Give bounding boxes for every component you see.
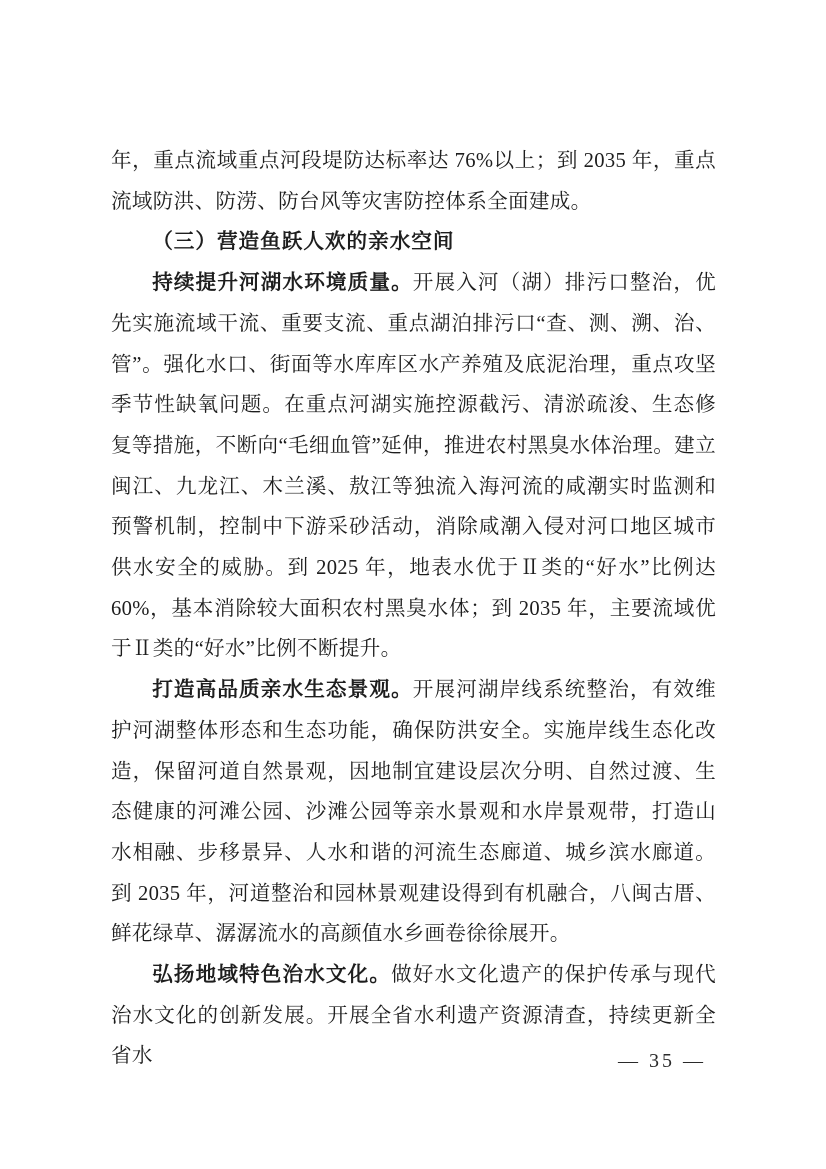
paragraph-lead-bold: 持续提升河湖水环境质量。 <box>152 272 413 294</box>
page-number: — 35 — <box>618 1046 706 1076</box>
paragraph-lead-bold: 弘扬地域特色治水文化。 <box>152 964 391 986</box>
paragraph-text: 年，重点流域重点河段堤防达标率达 76%以上；到 2035 年，重点流域防洪、防… <box>111 150 716 213</box>
paragraph-water-environment: 持续提升河湖水环境质量。开展入河（湖）排污口整治，优先实施流域干流、重要支流、重… <box>111 263 716 670</box>
paragraph-text: 开展入河（湖）排污口整治，优先实施流域干流、重要支流、重点湖泊排污口“查、测、溯… <box>111 272 716 660</box>
document-page: 年，重点流域重点河段堤防达标率达 76%以上；到 2035 年，重点流域防洪、防… <box>0 0 826 1169</box>
paragraph-text: 开展河湖岸线系统整治，有效维护河湖整体形态和生态功能，确保防洪安全。实施岸线生态… <box>111 679 716 945</box>
page-text-block: 年，重点流域重点河段堤防达标率达 76%以上；到 2035 年，重点流域防洪、防… <box>111 141 716 1077</box>
section-heading: （三）营造鱼跃人欢的亲水空间 <box>111 222 716 263</box>
paragraph-continuation: 年，重点流域重点河段堤防达标率达 76%以上；到 2035 年，重点流域防洪、防… <box>111 141 716 222</box>
section-heading-text: （三）营造鱼跃人欢的亲水空间 <box>152 231 454 253</box>
paragraph-lead-bold: 打造高品质亲水生态景观。 <box>152 679 413 701</box>
paragraph-eco-landscape: 打造高品质亲水生态景观。开展河湖岸线系统整治，有效维护河湖整体形态和生态功能，确… <box>111 670 716 955</box>
